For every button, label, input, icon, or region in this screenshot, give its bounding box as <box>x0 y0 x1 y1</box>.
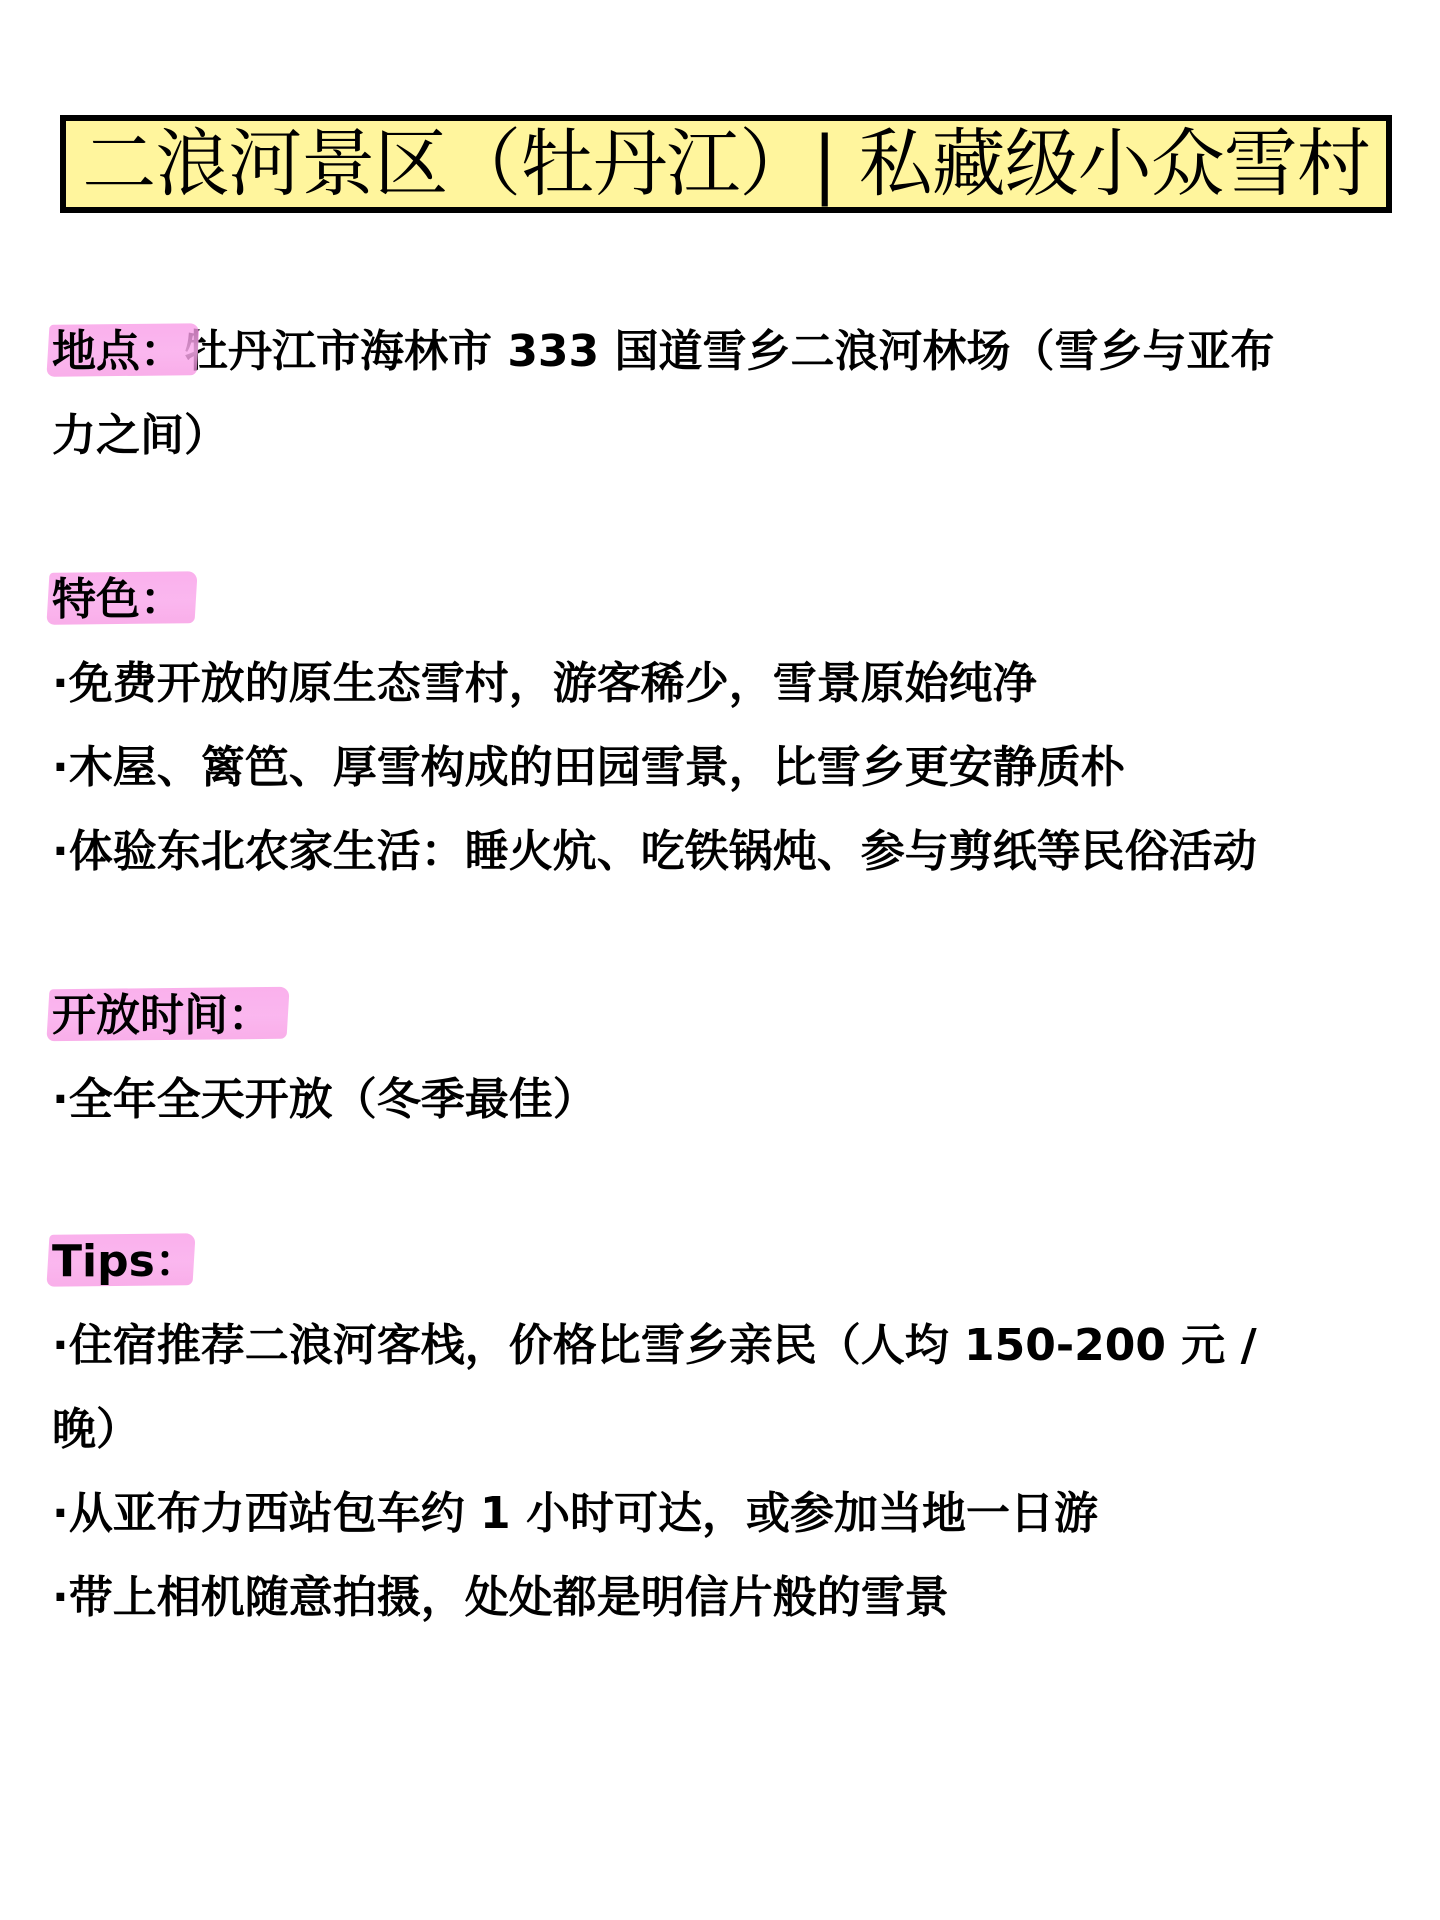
spacer <box>52 894 1392 974</box>
spacer <box>52 1142 1392 1220</box>
location-text-line2: 力之间） <box>52 394 1392 478</box>
feature-item: ·免费开放的原生态雪村，游客稀少，雪景原始纯净 <box>52 642 1392 726</box>
tips-label-wrap: Tips： <box>52 1220 199 1304</box>
section-features: 特色： ·免费开放的原生态雪村，游客稀少，雪景原始纯净 ·木屋、篱笆、厚雪构成的… <box>52 558 1392 894</box>
location-label: 地点： <box>52 326 184 377</box>
location-text-line1: 牡丹江市海林市 333 国道雪乡二浪河林场（雪乡与亚布 <box>184 310 1274 394</box>
section-opening-hours: 开放时间： ·全年全天开放（冬季最佳） <box>52 974 1392 1142</box>
tip-item: ·带上相机随意拍摄，处处都是明信片般的雪景 <box>52 1556 1392 1640</box>
page-title: 二浪河景区（牡丹江）| 私藏级小众雪村 <box>82 121 1369 207</box>
feature-item: ·体验东北农家生活：睡火炕、吃铁锅炖、参与剪纸等民俗活动 <box>52 810 1392 894</box>
features-label-wrap: 特色： <box>52 558 184 642</box>
tips-label: Tips： <box>52 1236 199 1287</box>
opening-hours-label: 开放时间： <box>52 990 272 1041</box>
opening-hours-label-wrap: 开放时间： <box>52 974 272 1058</box>
location-row: 地点： 牡丹江市海林市 333 国道雪乡二浪河林场（雪乡与亚布 <box>52 310 1392 394</box>
location-label-wrap: 地点： <box>52 310 184 394</box>
content-body: 地点： 牡丹江市海林市 333 国道雪乡二浪河林场（雪乡与亚布 力之间） 特色：… <box>52 310 1392 1640</box>
tip-item: ·住宿推荐二浪河客栈，价格比雪乡亲民（人均 150-200 元 / <box>52 1304 1392 1388</box>
feature-item: ·木屋、篱笆、厚雪构成的田园雪景，比雪乡更安静质朴 <box>52 726 1392 810</box>
spacer <box>52 478 1392 558</box>
tip-item-continued: 晚） <box>52 1388 1392 1472</box>
opening-hours-item: ·全年全天开放（冬季最佳） <box>52 1058 1392 1142</box>
section-location: 地点： 牡丹江市海林市 333 国道雪乡二浪河林场（雪乡与亚布 力之间） <box>52 310 1392 478</box>
tip-item: ·从亚布力西站包车约 1 小时可达，或参加当地一日游 <box>52 1472 1392 1556</box>
features-label: 特色： <box>52 574 184 625</box>
section-tips: Tips： ·住宿推荐二浪河客栈，价格比雪乡亲民（人均 150-200 元 / … <box>52 1220 1392 1640</box>
title-banner: 二浪河景区（牡丹江）| 私藏级小众雪村 <box>60 115 1392 213</box>
